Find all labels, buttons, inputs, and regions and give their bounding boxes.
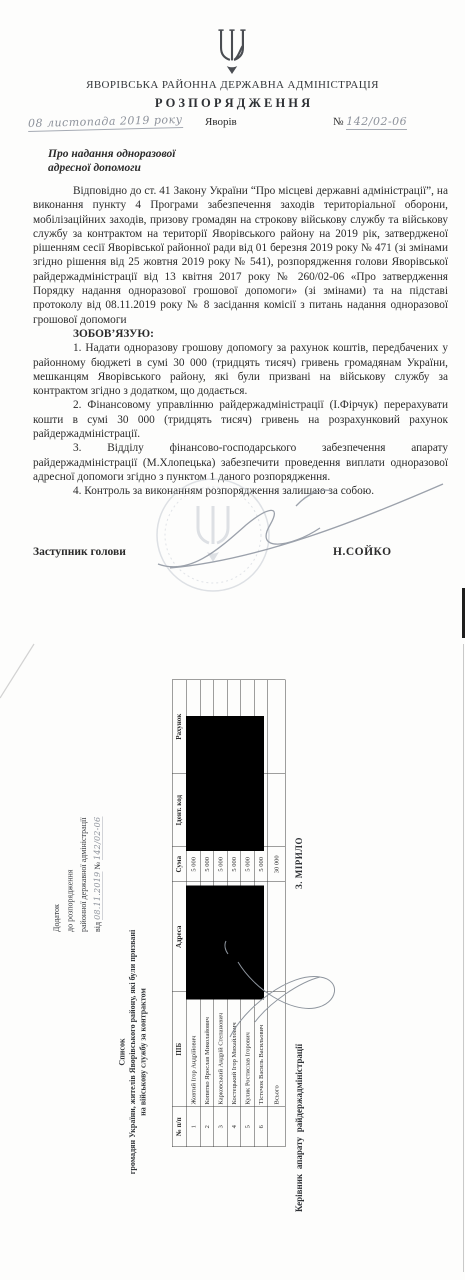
doc-city: Яворів (205, 116, 237, 128)
appendix-line-3: районної державної адміністрації (77, 722, 91, 932)
cell-empty (268, 774, 286, 847)
scan-fold-line (0, 640, 40, 702)
order-item-1: 1. Надати одноразову грошову допомогу за… (33, 341, 448, 398)
subject-line-1: Про надання одноразової (48, 147, 175, 161)
subject-line-2: адресної допомоги (48, 161, 175, 175)
cell-num: 2 (200, 1107, 214, 1147)
obligate-heading: ЗОБОВ’ЯЗУЮ: (33, 327, 448, 341)
approver-title: Керівник апарату райдержадміністрації (294, 1044, 305, 1212)
list-title-line-1: Список (117, 892, 128, 1212)
cell-sum: 5 000 (241, 847, 255, 882)
appendix-line-1: Додаток (50, 722, 64, 932)
doc-number-prefix: № (333, 116, 344, 128)
redaction-overlay-account (186, 716, 264, 851)
scanned-document: ЯВОРІВСЬКА РАЙОННА ДЕРЖАВНА АДМІНІСТРАЦІ… (0, 0, 465, 1280)
appendix-ref-no-prefix: № (94, 862, 103, 870)
cell-sum: 5 000 (227, 847, 241, 882)
list-title-line-2: громадян України, жителів Яворівського р… (128, 892, 139, 1212)
col-header-address: Адреса (172, 882, 187, 992)
cell-empty (268, 680, 286, 774)
appendix-page-rotated: Додаток до розпорядження районної держав… (0, 652, 460, 1272)
appendix-ref: від 08.11.2019 № 142/02-06 (91, 722, 105, 932)
cell-sum: 5 000 (200, 847, 214, 882)
signer-signature-stroke (148, 462, 453, 597)
coat-of-arms-icon (216, 27, 248, 75)
approver-signature-stroke (220, 932, 360, 1052)
cell-num: 1 (187, 1107, 201, 1147)
cell-num: 4 (227, 1107, 241, 1147)
col-header-num: № п/п (172, 1107, 187, 1147)
org-name: ЯВОРІВСЬКА РАЙОННА ДЕРЖАВНА АДМІНІСТРАЦІ… (0, 79, 465, 91)
doc-date-handwritten: 08 листопада 2019 року (28, 113, 183, 132)
doc-number-handwritten: 142/02-06 (346, 115, 407, 130)
appendix-line-2: до розпорядження (64, 722, 78, 932)
appendix-ref-number-handwritten: 142/02-06 (93, 817, 104, 860)
list-title: Список громадян України, жителів Яворівс… (117, 892, 149, 1212)
cell-sum: 5 000 (187, 847, 201, 882)
cell-name: Копитко Ярослав Миколайович (200, 992, 214, 1107)
list-title-line-3: на військову службу за контрактом (138, 892, 149, 1212)
cell-num: 6 (254, 1107, 268, 1147)
table-header-row: № п/п ПІБ Адреса Сума Ідент. код Рахунок (172, 680, 187, 1147)
cell-sum: 5 000 (254, 847, 268, 882)
doc-type-title: Р О З П О Р Я Д Ж Е Н Н Я (0, 96, 465, 111)
appendix-ref-prefix: від (94, 922, 103, 932)
appendix-ref-date-handwritten: 08.11.2019 (93, 872, 104, 920)
signer-title: Заступник голови (33, 546, 126, 558)
cell-num: 5 (241, 1107, 255, 1147)
doc-number: № 142/02-06 (333, 115, 407, 128)
col-header-sum: Сума (172, 847, 187, 882)
col-header-name: ПІБ (172, 992, 187, 1107)
date-number-line: 08 листопада 2019 року Яворів № 142/02-0… (0, 113, 465, 133)
cell-num: 3 (214, 1107, 228, 1147)
subject-title: Про надання одноразової адресної допомог… (48, 147, 175, 175)
cell-total-sum: 30 000 (268, 847, 286, 882)
cell-name: Жовтий Ігор Андрійович (187, 992, 201, 1107)
table-total-row: Всього 30 000 (268, 680, 286, 1147)
scan-edge-artifact-faint (463, 644, 464, 1272)
cell-empty (268, 1107, 286, 1147)
signer-name: Н.СОЙКО (333, 546, 392, 558)
col-header-idcode: Ідент. код (172, 774, 187, 847)
appendix-note: Додаток до розпорядження районної держав… (50, 722, 105, 932)
cell-sum: 5 000 (214, 847, 228, 882)
order-item-2: 2. Фінансовому управлінню райдержадмініс… (33, 398, 448, 441)
document-body: Відповідно до ст. 41 Закону України “Про… (33, 184, 448, 499)
approver-name: З. МІРИЛО (294, 837, 305, 889)
col-header-account: Рахунок (172, 680, 187, 774)
body-paragraph: Відповідно до ст. 41 Закону України “Про… (33, 184, 448, 327)
